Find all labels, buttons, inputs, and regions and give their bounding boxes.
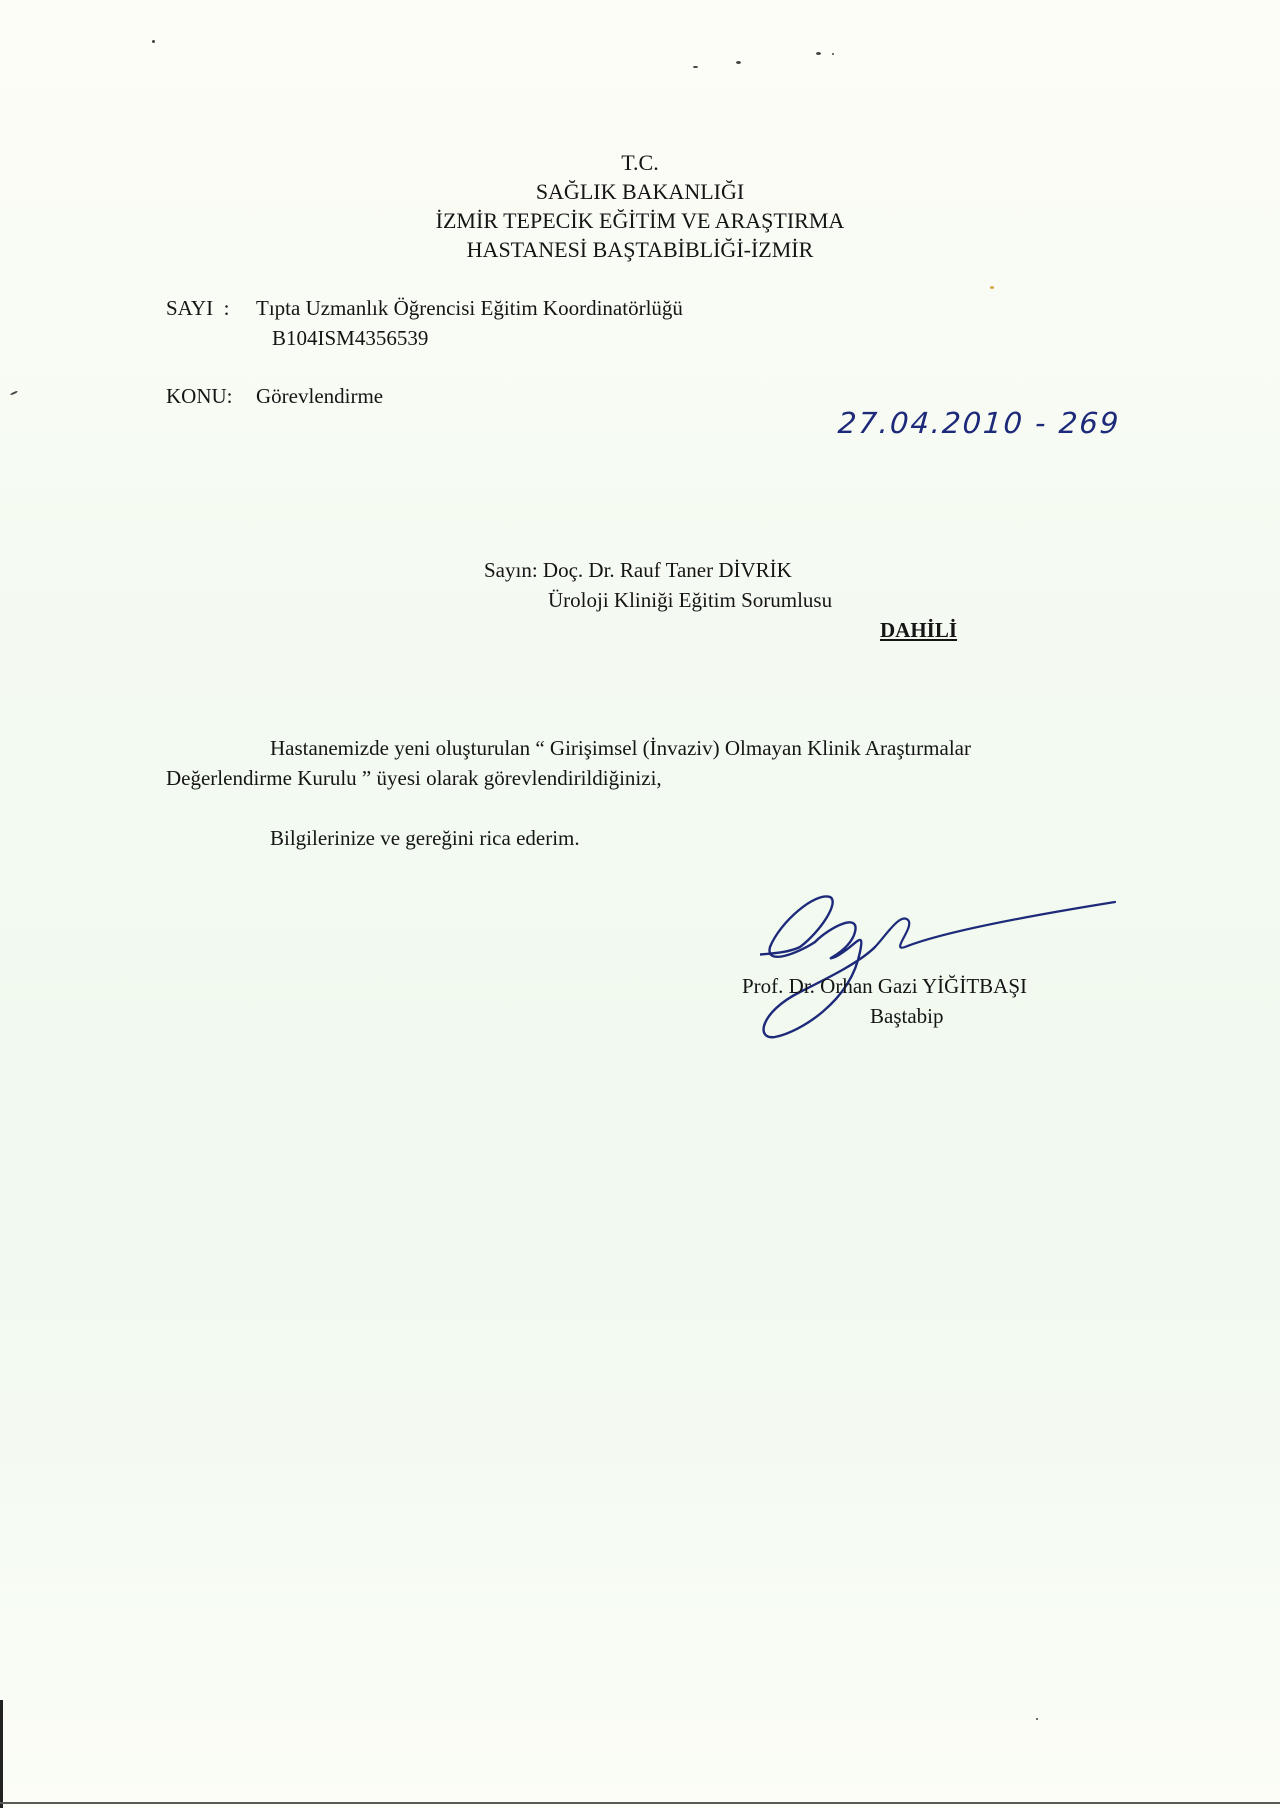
letterhead-line-tc: T.C. [380, 148, 900, 177]
scan-edge-line [0, 1802, 1280, 1804]
recipient-salutation: Sayın: Doç. Dr. Rauf Taner DİVRİK [484, 558, 792, 582]
scan-speck [736, 61, 741, 64]
closing-paragraph: Bilgilerinize ve gereğini rica ederim. [270, 826, 580, 850]
delivery-type: DAHİLİ [880, 618, 957, 643]
sayi-value: Tıpta Uzmanlık Öğrencisi Eğitim Koordina… [256, 296, 683, 320]
signatory-title: Baştabip [870, 1004, 944, 1028]
signature-mark [760, 892, 1120, 1052]
konu-value: Görevlendirme [256, 384, 383, 408]
letterhead-line-ministry: SAĞLIK BAKANLIĞI [380, 177, 900, 206]
scan-speck [832, 53, 834, 55]
scan-speck [816, 52, 821, 55]
handwritten-date-number: 27.04.2010 - 269 [837, 406, 1122, 440]
scan-edge-shadow [0, 1700, 3, 1808]
sayi-label: SAYI : [166, 296, 229, 320]
body-paragraph-line-1: Hastanemizde yeni oluşturulan “ Girişims… [270, 736, 971, 760]
sayi-reference-number: B104ISM4356539 [272, 326, 428, 350]
recipient-title: Üroloji Kliniği Eğitim Sorumlusu [548, 588, 832, 612]
scan-speck [990, 286, 994, 289]
letterhead-line-hospital: İZMİR TEPECİK EĞİTİM VE ARAŞTIRMA [380, 206, 900, 235]
letterhead: T.C. SAĞLIK BAKANLIĞI İZMİR TEPECİK EĞİT… [380, 148, 900, 264]
scan-speck [152, 40, 155, 43]
konu-label: KONU: [166, 384, 233, 408]
letterhead-line-office: HASTANESİ BAŞTABİBLİĞİ-İZMİR [380, 235, 900, 264]
scan-speck [10, 390, 18, 395]
scan-speck [693, 66, 698, 68]
scanned-document-page: T.C. SAĞLIK BAKANLIĞI İZMİR TEPECİK EĞİT… [0, 0, 1280, 1808]
signatory-name: Prof. Dr. Orhan Gazi YİĞİTBAŞI [742, 974, 1027, 998]
scan-speck [1036, 1718, 1038, 1720]
body-paragraph-line-2: Değerlendirme Kurulu ” üyesi olarak göre… [166, 766, 662, 790]
